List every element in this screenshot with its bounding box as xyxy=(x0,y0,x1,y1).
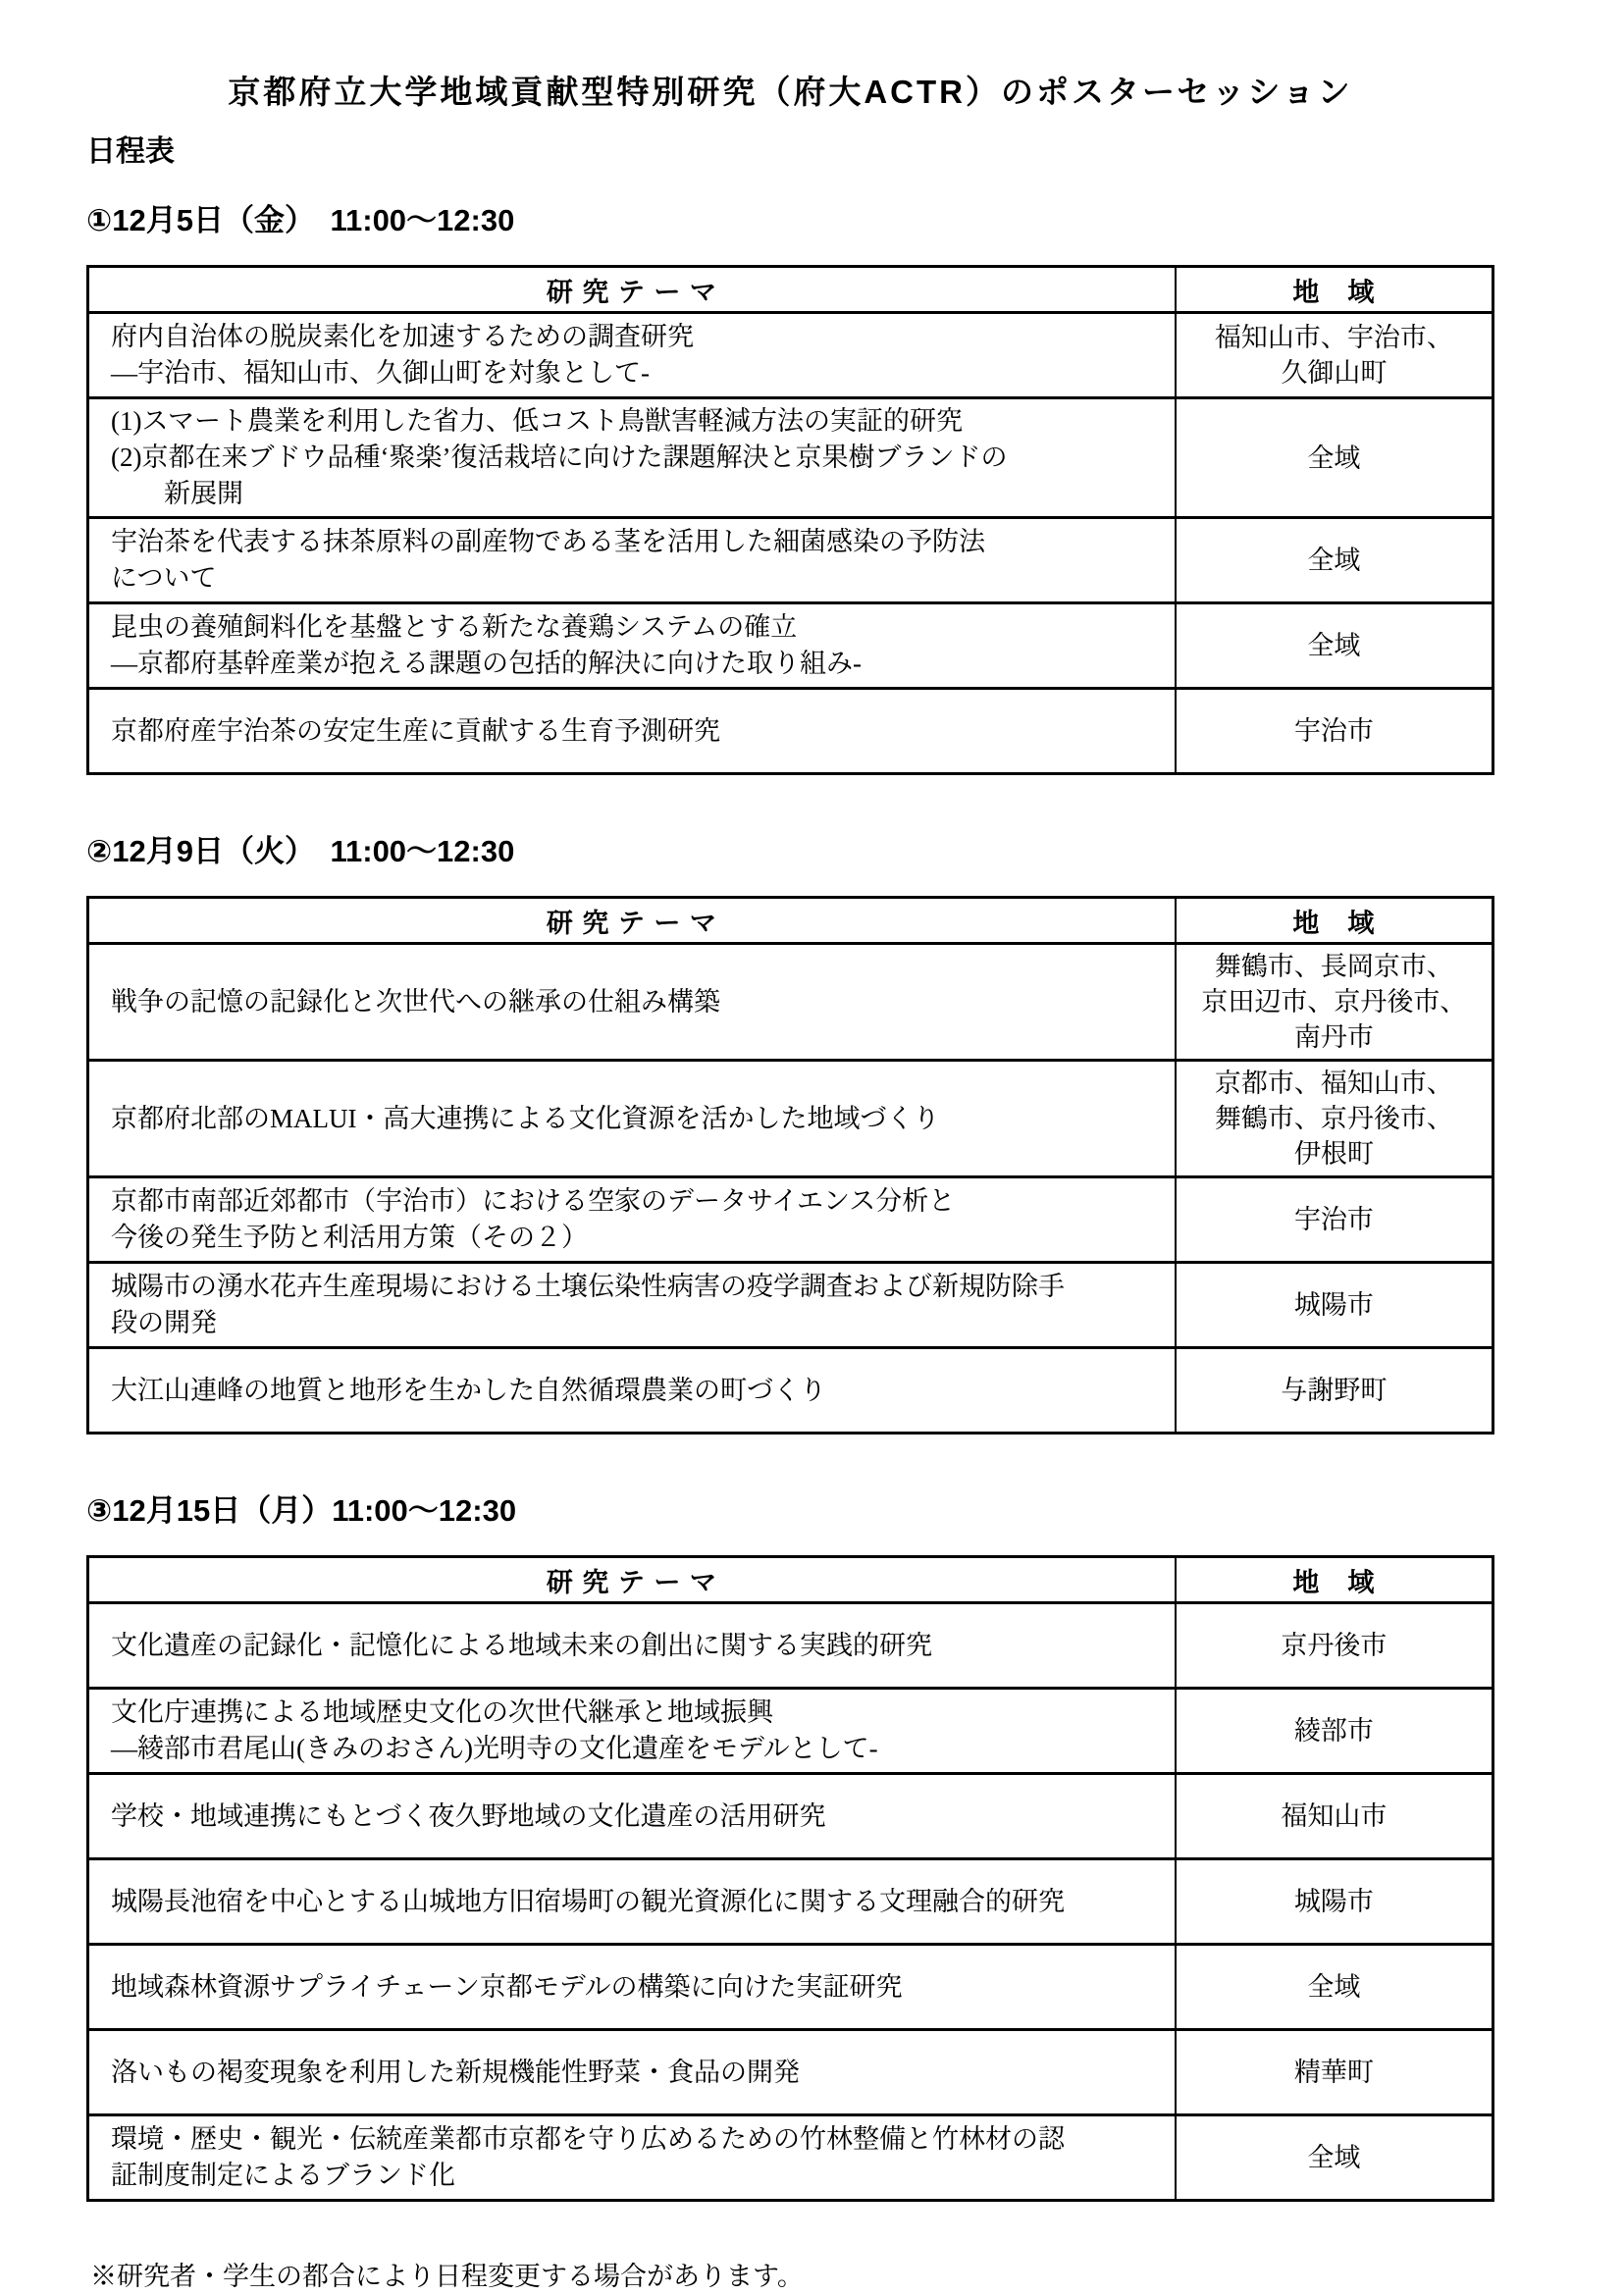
table-row: 京都市南部近郊都市（宇治市）における空家のデータサイエンス分析と 今後の発生予防… xyxy=(88,1177,1493,1263)
region-cell: 京丹後市 xyxy=(1176,1603,1493,1689)
theme-cell: 城陽長池宿を中心とする山城地方旧宿場町の観光資源化に関する文理融合的研究 xyxy=(88,1859,1176,1945)
region-cell: 舞鶴市、長岡京市、 京田辺市、京丹後市、 南丹市 xyxy=(1176,944,1493,1061)
table-row: 昆虫の養殖飼料化を基盤とする新たな養鶏システムの確立 ―京都府基幹産業が抱える課… xyxy=(88,603,1493,689)
region-cell: 宇治市 xyxy=(1176,689,1493,774)
region-cell: 城陽市 xyxy=(1176,1859,1493,1945)
region-cell: 精華町 xyxy=(1176,2030,1493,2115)
section-1-heading: ①12月5日（金） 11:00～12:30 xyxy=(86,195,1494,239)
schedule-table-3: 研 究 テ ー マ 地 域 文化遺産の記録化・記憶化による地域未来の創出に関する… xyxy=(86,1555,1494,2202)
region-cell: 全域 xyxy=(1176,603,1493,689)
page-title: 京都府立大学地域貢献型特別研究（府大ACTR）のポスターセッション xyxy=(86,67,1494,113)
schedule-section-2: ②12月9日（火） 11:00～12:30 研 究 テ ー マ 地 域 戦争の記… xyxy=(86,826,1494,1434)
schedule-table-2: 研 究 テ ー マ 地 域 戦争の記憶の記録化と次世代への継承の仕組み構築 舞鶴… xyxy=(86,896,1494,1434)
theme-column-header: 研 究 テ ー マ xyxy=(88,1557,1176,1603)
theme-cell: 洛いもの褐変現象を利用した新規機能性野菜・食品の開発 xyxy=(88,2030,1176,2115)
page-subtitle: 日程表 xyxy=(86,127,1494,170)
table-row: 洛いもの褐変現象を利用した新規機能性野菜・食品の開発 精華町 xyxy=(88,2030,1493,2115)
table-row: 大江山連峰の地質と地形を生かした自然循環農業の町づくり 与謝野町 xyxy=(88,1348,1493,1434)
theme-cell: 環境・歴史・観光・伝統産業都市京都を守り広めるための竹林整備と竹林材の認 証制度… xyxy=(88,2115,1176,2201)
region-cell: 全域 xyxy=(1176,1945,1493,2030)
region-cell: 福知山市 xyxy=(1176,1774,1493,1859)
theme-cell: 府内自治体の脱炭素化を加速するための調査研究 ―宇治市、福知山市、久御山町を対象… xyxy=(88,313,1176,398)
schedule-table-1: 研 究 テ ー マ 地 域 府内自治体の脱炭素化を加速するための調査研究 ―宇治… xyxy=(86,265,1494,775)
table-row: (1)スマート農業を利用した省力、低コスト鳥獣害軽減方法の実証的研究 (2)京都… xyxy=(88,398,1493,518)
region-cell: 城陽市 xyxy=(1176,1263,1493,1348)
theme-cell: 文化遺産の記録化・記憶化による地域未来の創出に関する実践的研究 xyxy=(88,1603,1176,1689)
region-column-header: 地 域 xyxy=(1176,267,1493,313)
schedule-change-note: ※研究者・学生の都合により日程変更する場合があります。 xyxy=(90,2255,1494,2293)
section-2-heading: ②12月9日（火） 11:00～12:30 xyxy=(86,826,1494,870)
theme-column-header: 研 究 テ ー マ xyxy=(88,898,1176,944)
theme-cell: 文化庁連携による地域歴史文化の次世代継承と地域振興 ―綾部市君尾山(きみのおさん… xyxy=(88,1689,1176,1774)
region-cell: 全域 xyxy=(1176,2115,1493,2201)
schedule-section-1: ①12月5日（金） 11:00～12:30 研 究 テ ー マ 地 域 府内自治… xyxy=(86,195,1494,775)
theme-cell: 京都市南部近郊都市（宇治市）における空家のデータサイエンス分析と 今後の発生予防… xyxy=(88,1177,1176,1263)
region-cell: 京都市、福知山市、 舞鶴市、京丹後市、 伊根町 xyxy=(1176,1061,1493,1177)
region-cell: 全域 xyxy=(1176,518,1493,603)
theme-cell: 城陽市の湧水花卉生産現場における土壌伝染性病害の疫学調査および新規防除手 段の開… xyxy=(88,1263,1176,1348)
theme-cell: 昆虫の養殖飼料化を基盤とする新たな養鶏システムの確立 ―京都府基幹産業が抱える課… xyxy=(88,603,1176,689)
theme-cell: 京都府産宇治茶の安定生産に貢献する生育予測研究 xyxy=(88,689,1176,774)
theme-column-header: 研 究 テ ー マ xyxy=(88,267,1176,313)
region-cell: 綾部市 xyxy=(1176,1689,1493,1774)
schedule-section-3: ③12月15日（月）11:00～12:30 研 究 テ ー マ 地 域 文化遺産… xyxy=(86,1486,1494,2202)
table-header-row: 研 究 テ ー マ 地 域 xyxy=(88,1557,1493,1603)
region-column-header: 地 域 xyxy=(1176,898,1493,944)
document-page: 京都府立大学地域貢献型特別研究（府大ACTR）のポスターセッション 日程表 ①1… xyxy=(0,0,1624,2295)
table-row: 文化庁連携による地域歴史文化の次世代継承と地域振興 ―綾部市君尾山(きみのおさん… xyxy=(88,1689,1493,1774)
table-header-row: 研 究 テ ー マ 地 域 xyxy=(88,898,1493,944)
region-column-header: 地 域 xyxy=(1176,1557,1493,1603)
theme-cell: 大江山連峰の地質と地形を生かした自然循環農業の町づくり xyxy=(88,1348,1176,1434)
table-row: 府内自治体の脱炭素化を加速するための調査研究 ―宇治市、福知山市、久御山町を対象… xyxy=(88,313,1493,398)
table-row: 京都府産宇治茶の安定生産に貢献する生育予測研究 宇治市 xyxy=(88,689,1493,774)
theme-cell: 学校・地域連携にもとづく夜久野地域の文化遺産の活用研究 xyxy=(88,1774,1176,1859)
table-row: 城陽市の湧水花卉生産現場における土壌伝染性病害の疫学調査および新規防除手 段の開… xyxy=(88,1263,1493,1348)
table-header-row: 研 究 テ ー マ 地 域 xyxy=(88,267,1493,313)
table-row: 宇治茶を代表する抹茶原料の副産物である茎を活用した細菌感染の予防法 について 全… xyxy=(88,518,1493,603)
table-row: 戦争の記憶の記録化と次世代への継承の仕組み構築 舞鶴市、長岡京市、 京田辺市、京… xyxy=(88,944,1493,1061)
theme-cell: 宇治茶を代表する抹茶原料の副産物である茎を活用した細菌感染の予防法 について xyxy=(88,518,1176,603)
theme-cell: (1)スマート農業を利用した省力、低コスト鳥獣害軽減方法の実証的研究 (2)京都… xyxy=(88,398,1176,518)
region-cell: 全域 xyxy=(1176,398,1493,518)
section-3-heading: ③12月15日（月）11:00～12:30 xyxy=(86,1486,1494,1530)
table-row: 地域森林資源サプライチェーン京都モデルの構築に向けた実証研究 全域 xyxy=(88,1945,1493,2030)
region-cell: 与謝野町 xyxy=(1176,1348,1493,1434)
theme-cell: 京都府北部のMALUI・高大連携による文化資源を活かした地域づくり xyxy=(88,1061,1176,1177)
table-row: 京都府北部のMALUI・高大連携による文化資源を活かした地域づくり 京都市、福知… xyxy=(88,1061,1493,1177)
region-cell: 福知山市、宇治市、 久御山町 xyxy=(1176,313,1493,398)
table-row: 学校・地域連携にもとづく夜久野地域の文化遺産の活用研究 福知山市 xyxy=(88,1774,1493,1859)
theme-cell: 地域森林資源サプライチェーン京都モデルの構築に向けた実証研究 xyxy=(88,1945,1176,2030)
table-row: 環境・歴史・観光・伝統産業都市京都を守り広めるための竹林整備と竹林材の認 証制度… xyxy=(88,2115,1493,2201)
table-row: 文化遺産の記録化・記憶化による地域未来の創出に関する実践的研究 京丹後市 xyxy=(88,1603,1493,1689)
region-cell: 宇治市 xyxy=(1176,1177,1493,1263)
theme-cell: 戦争の記憶の記録化と次世代への継承の仕組み構築 xyxy=(88,944,1176,1061)
table-row: 城陽長池宿を中心とする山城地方旧宿場町の観光資源化に関する文理融合的研究 城陽市 xyxy=(88,1859,1493,1945)
